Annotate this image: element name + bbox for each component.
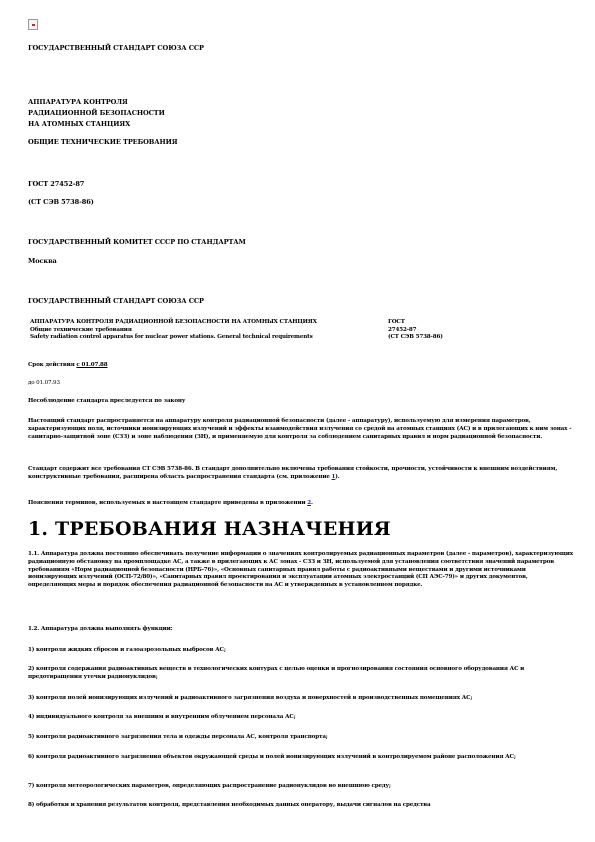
intro-p2-tail: ). — [335, 474, 339, 480]
header-title-en: Safety radiation control apparatus for n… — [30, 334, 388, 342]
validity-to: до 01.07.93 — [28, 380, 60, 388]
function-item-7: 7) контроля метеорологических параметров… — [28, 783, 573, 791]
cover-title-line-3: НА АТОМНЫХ СТАНЦИЯХ — [28, 119, 130, 129]
intro-p3-tail: . — [311, 500, 313, 506]
section-1-heading: 1. ТРЕБОВАНИЯ НАЗНАЧЕНИЯ — [28, 518, 391, 540]
intro-paragraph-1: Настоящий стандарт распространяется на а… — [28, 418, 573, 441]
cover-st-sev: (СТ СЭВ 5738-86) — [28, 197, 94, 207]
function-item-6: 6) контроля радиоактивного загрязнения о… — [28, 754, 573, 762]
section-1-paragraph-1-1: 1.1. Аппаратура должна постоянно обеспеч… — [28, 551, 573, 590]
cover-gost-number: ГОСТ 27452-87 — [28, 179, 84, 189]
header-title-ru: АППАРАТУРА КОНТРОЛЯ РАДИАЦИОННОЙ БЕЗОПАС… — [30, 319, 388, 327]
broken-image-icon — [28, 19, 38, 30]
function-item-3: 3) контроля полей ионизирующих излучений… — [28, 695, 573, 703]
standard-header-table: АППАРАТУРА КОНТРОЛЯ РАДИАЦИОННОЙ БЕЗОПАС… — [30, 319, 443, 342]
cover-state-standard: ГОСУДАРСТВЕННЫЙ СТАНДАРТ СОЮЗА ССР — [28, 43, 204, 53]
intro-p2-text: Стандарт содержит все требования СТ СЭВ … — [28, 466, 557, 480]
intro-paragraph-2: Стандарт содержит все требования СТ СЭВ … — [28, 466, 573, 482]
header-subtitle-ru: Общие технические требования — [30, 327, 388, 335]
cover-city: Москва — [28, 256, 57, 266]
section-1-paragraph-1-2: 1.2. Аппаратура должна выполнять функции… — [28, 626, 573, 634]
intro-p3-text: Пояснения терминов, используемых в насто… — [28, 500, 307, 506]
cover-title-line-2: РАДИАЦИОННОЙ БЕЗОПАСНОСТИ — [28, 108, 165, 118]
function-item-1: 1) контроля жидких сбросов и газоаэрозол… — [28, 647, 573, 655]
law-notice: Несоблюдение стандарта преследуется по з… — [28, 398, 185, 406]
intro-paragraph-3: Пояснения терминов, используемых в насто… — [28, 500, 573, 508]
validity-label: Срок действия — [28, 362, 75, 368]
cover-title-line-1: АППАРАТУРА КОНТРОЛЯ — [28, 97, 128, 107]
document-page: ГОСУДАРСТВЕННЫЙ СТАНДАРТ СОЮЗА ССР АППАР… — [0, 0, 595, 842]
cover-committee: ГОСУДАРСТВЕННЫЙ КОМИТЕТ СССР ПО СТАНДАРТ… — [28, 237, 246, 247]
cover-subtitle: ОБЩИЕ ТЕХНИЧЕСКИЕ ТРЕБОВАНИЯ — [28, 137, 178, 147]
header-state-standard: ГОСУДАРСТВЕННЫЙ СТАНДАРТ СОЮЗА ССР — [28, 296, 204, 306]
function-item-8: 8) обработки и хранения результатов конт… — [28, 802, 573, 810]
header-st-sev: (СТ СЭВ 5738-86) — [388, 334, 443, 342]
validity-period: Срок действия с 01.07.88 — [28, 362, 108, 370]
function-item-5: 5) контроля радиоактивного загрязнения т… — [28, 734, 573, 742]
function-item-2: 2) контроля содержания радиоактивных вещ… — [28, 666, 573, 682]
validity-from: с 01.07.88 — [76, 362, 107, 368]
header-gost-label: ГОСТ — [388, 319, 443, 327]
function-item-4: 4) индивидуального контроля за внешним и… — [28, 714, 573, 722]
